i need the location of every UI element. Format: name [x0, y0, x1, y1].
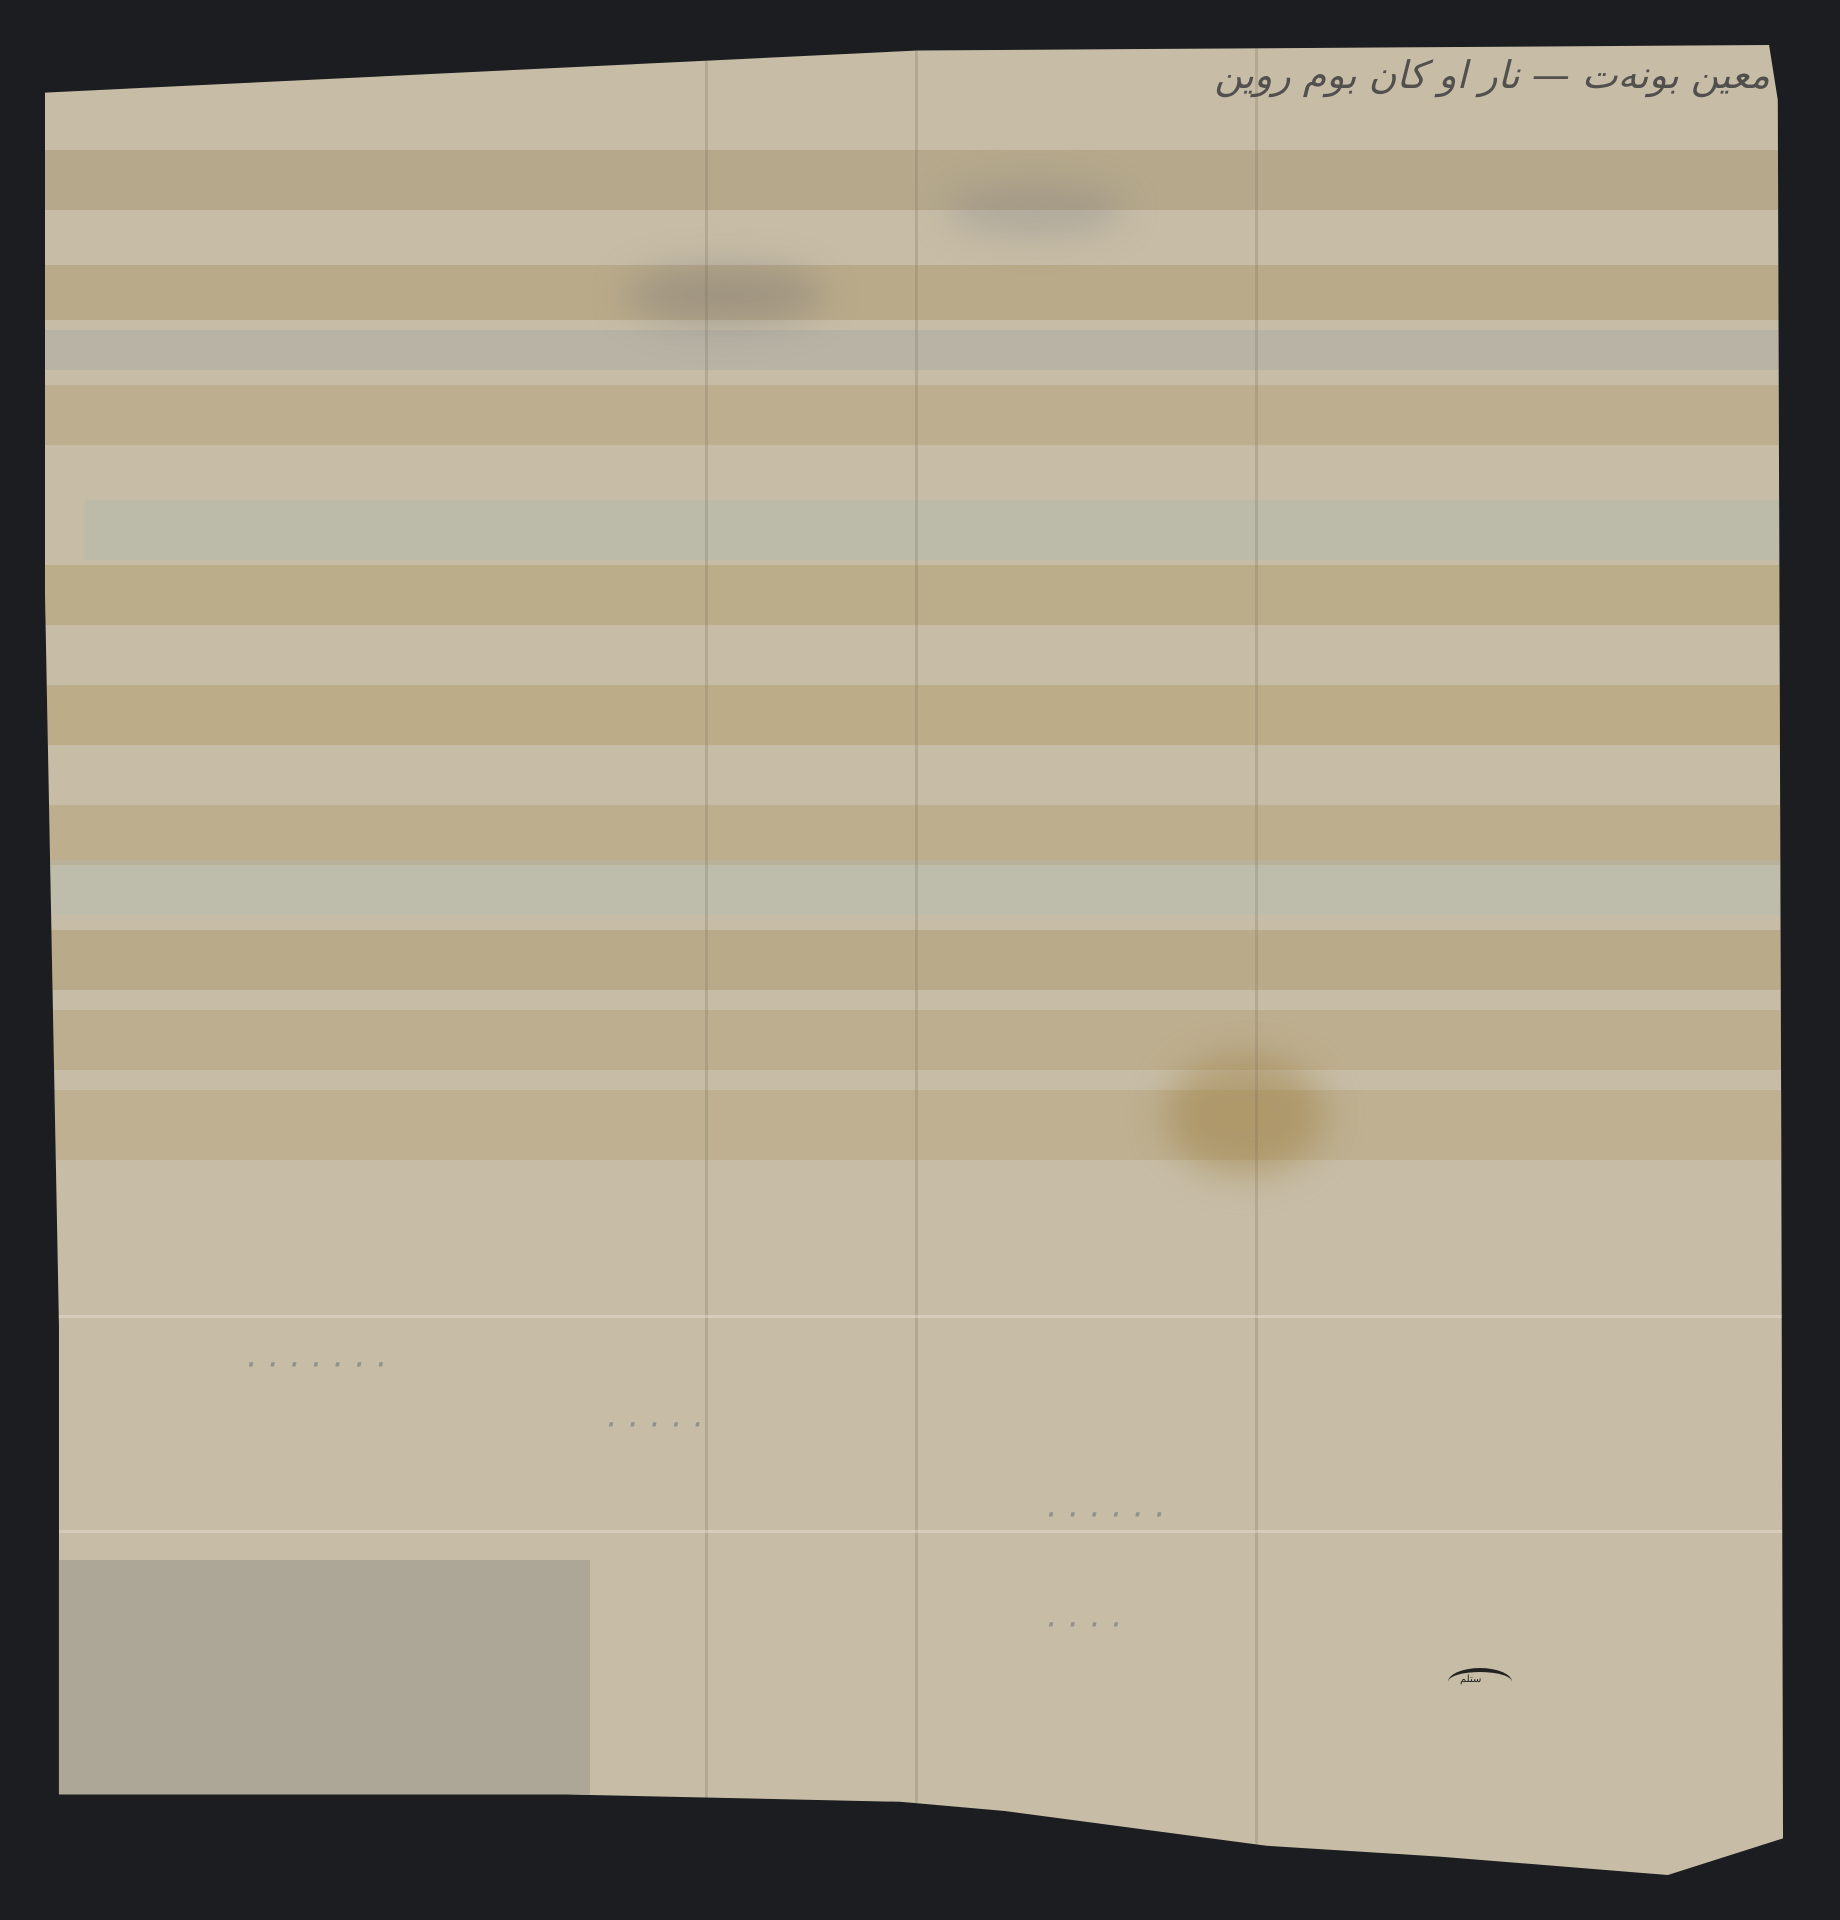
fold-line — [45, 1315, 1790, 1318]
stain — [625, 265, 825, 325]
faint-writing-line: · · · · · · · — [245, 1345, 386, 1385]
header-script-line: ﻣﻌﻴﻦ ﺑﻮﻧﻪﺕ — ﻧﺎﺭ ﺍﻭ ﻛﺎﻥ ﺑﻮﻡ ﺭﻭﻳﻦ — [1215, 53, 1771, 97]
manuscript-paper: ﻣﻌﻴﻦ ﺑﻮﻧﻪﺕ — ﻧﺎﺭ ﺍﻭ ﻛﺎﻥ ﺑﻮﻡ ﺭﻭﻳﻦ · · · ·… — [45, 45, 1790, 1875]
stain — [1165, 1055, 1325, 1175]
fold-line — [915, 45, 918, 1875]
faint-writing-line: · · · · · — [605, 1405, 702, 1445]
fold-line — [45, 1530, 1790, 1533]
stain-band — [85, 500, 1785, 560]
fold-line — [705, 45, 708, 1875]
faint-writing-line: · · · · — [1045, 1605, 1121, 1645]
library-stamp: ستلم — [1448, 1668, 1512, 1696]
paper-repair-patch — [45, 1560, 590, 1805]
stamp-label: ستلم — [1460, 1674, 1481, 1685]
faint-writing-line: · · · · · · — [1045, 1495, 1164, 1535]
stain — [945, 185, 1125, 235]
fold-line — [1255, 45, 1258, 1875]
